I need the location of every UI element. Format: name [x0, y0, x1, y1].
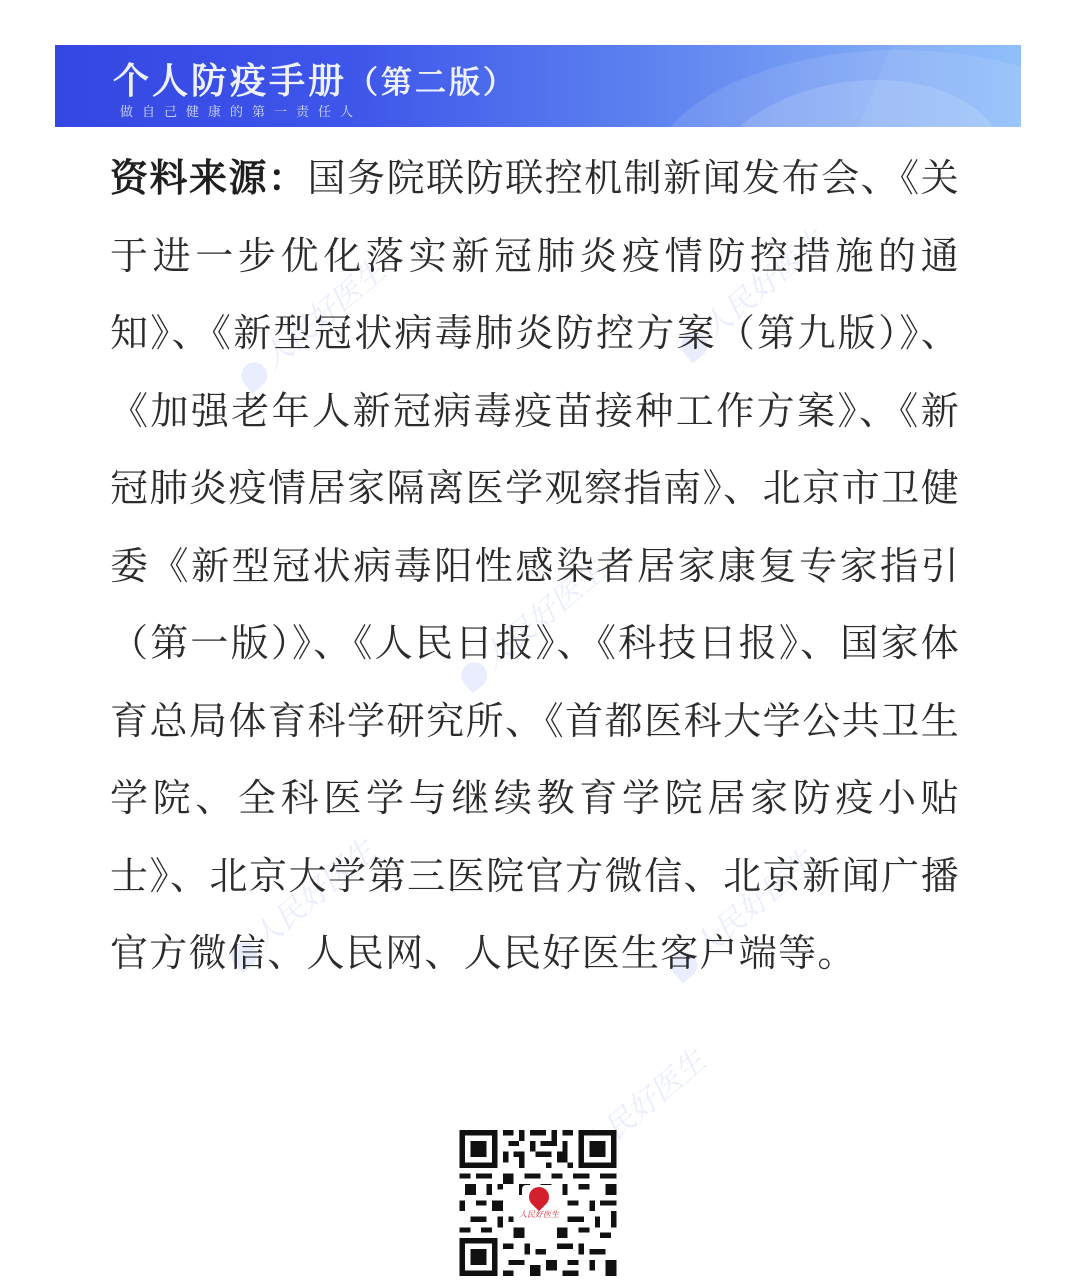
- banner-edition: （第二版）: [347, 65, 517, 101]
- qr-code[interactable]: 人民好医生: [459, 1130, 617, 1276]
- sources-label: 资料来源：: [110, 156, 308, 200]
- heart-icon: [525, 1183, 553, 1211]
- banner-title: 个人防疫手册（第二版）: [113, 53, 517, 104]
- sources-text: 国务院联防联控机制新闻发布会、《关于进一步优化落实新冠肺炎疫情防控措施的通知》、…: [110, 156, 960, 975]
- qr-logo: 人民好医生: [522, 1185, 556, 1223]
- banner-subtitle: 做自己健康的第一责任人: [120, 101, 362, 120]
- header-banner: 个人防疫手册（第二版） 做自己健康的第一责任人: [55, 45, 1021, 127]
- sources-paragraph: 资料来源：国务院联防联控机制新闻发布会、《关于进一步优化落实新冠肺炎疫情防控措施…: [110, 140, 960, 993]
- qr-logo-text: 人民好医生: [518, 1209, 560, 1220]
- banner-title-text: 个人防疫手册: [113, 61, 347, 102]
